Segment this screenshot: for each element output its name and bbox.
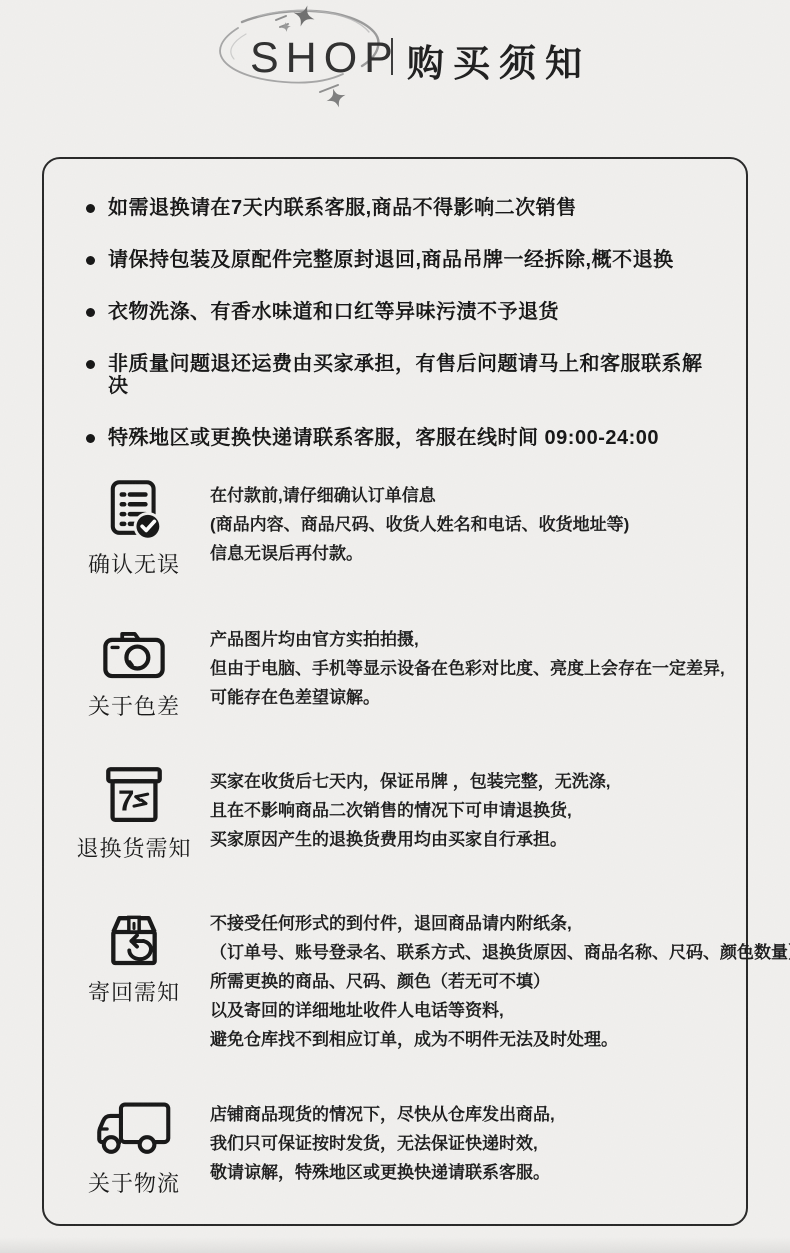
section-text-line: 可能存在色差望谅解。 — [210, 683, 725, 712]
info-section: 退换货需知 买家在收货后七天内，保证吊牌 ，包装完整，无洗涤,且在不影响商品二次… — [64, 765, 720, 863]
camera-icon — [102, 627, 166, 683]
notice-text: 特殊地区或更换快递请联系客服，客服在线时间 09:00-24:00 — [108, 427, 659, 449]
section-text-block: 买家在收货后七天内，保证吊牌 ，包装完整，无洗涤,且在不影响商品二次销售的情况下… — [210, 765, 720, 854]
notice-box: 如需退换请在7天内联系客服,商品不得影响二次销售 请保持包装及原配件完整原封退回… — [42, 157, 748, 1226]
section-text-block: 产品图片均由官方实拍拍摄,但由于电脑、手机等显示设备在色彩对比度、亮度上会存在一… — [210, 623, 725, 712]
section-title: 确认无误 — [88, 548, 180, 579]
section-text-line: （订单号、账号登录名、联系方式、退换货原因、商品名称、尺码、颜色数量） — [210, 938, 790, 967]
notice-item: 如需退换请在7天内联系客服,商品不得影响二次销售 — [86, 197, 720, 219]
info-section: 确认无误 在付款前,请仔细确认订单信息(商品内容、商品尺码、收货人姓名和电话、收… — [64, 479, 720, 579]
brand-logo: SHOP — [250, 34, 400, 83]
bullet-icon — [86, 360, 95, 369]
section-text-line: 信息无误后再付款。 — [210, 539, 720, 568]
section-title: 寄回需知 — [88, 976, 180, 1007]
notice-item: 非质量问题退还运费由买家承担，有售后问题请马上和客服联系解决 — [86, 353, 720, 397]
section-title: 退换货需知 — [76, 832, 191, 863]
section-icon-column: 关于物流 — [64, 1098, 204, 1198]
notice-text: 如需退换请在7天内联系客服,商品不得影响二次销售 — [108, 197, 577, 219]
notice-text: 非质量问题退还运费由买家承担，有售后问题请马上和客服联系解决 — [108, 353, 720, 397]
notice-list: 如需退换请在7天内联系客服,商品不得影响二次销售 请保持包装及原配件完整原封退回… — [64, 197, 720, 449]
notice-text: 衣物洗涤、有香水味道和口红等异味污渍不予退货 — [108, 301, 559, 323]
sparkle-star-icon — [290, 2, 318, 30]
section-text-line: 避免仓库找不到相应订单，成为不明件无法及时处理。 — [210, 1025, 790, 1054]
section-icon-column: 寄回需知 — [64, 907, 204, 1007]
section-text-line: 我们只可保证按时发货，无法保证快递时效, — [210, 1129, 720, 1158]
info-section: 关于物流 店铺商品现货的情况下，尽快从仓库发出商品,我们只可保证按时发货，无法保… — [64, 1098, 720, 1198]
section-text-line: 但由于电脑、手机等显示设备在色彩对比度、亮度上会存在一定差异, — [210, 654, 725, 683]
section-text-block: 不接受任何形式的到付件，退回商品请内附纸条,（订单号、账号登录名、联系方式、退换… — [210, 907, 790, 1054]
section-icon-column: 确认无误 — [64, 479, 204, 579]
section-text-line: (商品内容、商品尺码、收货人姓名和电话、收货地址等) — [210, 510, 720, 539]
section-icon-column: 关于色差 — [64, 623, 204, 721]
speed-dash-icon — [320, 85, 338, 92]
section-text-line: 不接受任何形式的到付件，退回商品请内附纸条, — [210, 909, 790, 938]
header-divider — [391, 38, 393, 75]
section-text-line: 买家原因产生的退换货费用均由买家自行承担。 — [210, 825, 720, 854]
section-text-line: 且在不影响商品二次销售的情况下可申请退换货, — [210, 796, 720, 825]
bullet-icon — [86, 434, 95, 443]
section-text-block: 在付款前,请仔细确认订单信息(商品内容、商品尺码、收货人姓名和电话、收货地址等)… — [210, 479, 720, 568]
bottom-shade — [0, 1237, 790, 1253]
section-icon-column: 退换货需知 — [64, 765, 204, 863]
info-section: 关于色差 产品图片均由官方实拍拍摄,但由于电脑、手机等显示设备在色彩对比度、亮度… — [64, 623, 720, 721]
purchase-notes-page: SHOP 购买须知 如需退换请在7天内联系客服,商品不得影响二次销售 请保持包装… — [0, 0, 790, 1253]
section-text-line: 所需更换的商品、尺码、颜色（若无可不填） — [210, 967, 790, 996]
notice-item: 衣物洗涤、有香水味道和口红等异味污渍不予退货 — [86, 301, 720, 323]
section-text-line: 以及寄回的详细地址收件人电话等资料, — [210, 996, 790, 1025]
notice-item: 请保持包装及原配件完整原封退回,商品吊牌一经拆除,概不退换 — [86, 249, 720, 271]
section-text-line: 在付款前,请仔细确认订单信息 — [210, 481, 720, 510]
notice-text: 请保持包装及原配件完整原封退回,商品吊牌一经拆除,概不退换 — [108, 249, 674, 271]
package-return-icon — [103, 907, 165, 969]
section-text-line: 敬请谅解，特殊地区或更换快递请联系客服。 — [210, 1158, 720, 1187]
checklist-icon — [104, 479, 164, 541]
section-text-line: 买家在收货后七天内，保证吊牌 ，包装完整，无洗涤, — [210, 767, 720, 796]
section-text-line: 产品图片均由官方实拍拍摄, — [210, 625, 725, 654]
bullet-icon — [86, 204, 95, 213]
page-title: 购买须知 — [407, 33, 591, 87]
notice-item: 特殊地区或更换快递请联系客服，客服在线时间 09:00-24:00 — [86, 427, 720, 449]
truck-icon — [93, 1098, 175, 1160]
section-title: 关于物流 — [88, 1167, 180, 1198]
header: SHOP 购买须知 — [0, 0, 790, 150]
section-list: 确认无误 在付款前,请仔细确认订单信息(商品内容、商品尺码、收货人姓名和电话、收… — [64, 479, 720, 1198]
section-text-line: 店铺商品现货的情况下，尽快从仓库发出商品, — [210, 1100, 720, 1129]
calendar-7-icon — [103, 765, 165, 825]
section-title: 关于色差 — [88, 690, 180, 721]
section-text-block: 店铺商品现货的情况下，尽快从仓库发出商品,我们只可保证按时发货，无法保证快递时效… — [210, 1098, 720, 1187]
info-section: 寄回需知 不接受任何形式的到付件，退回商品请内附纸条,（订单号、账号登录名、联系… — [64, 907, 720, 1054]
bullet-icon — [86, 308, 95, 317]
bullet-icon — [86, 256, 95, 265]
